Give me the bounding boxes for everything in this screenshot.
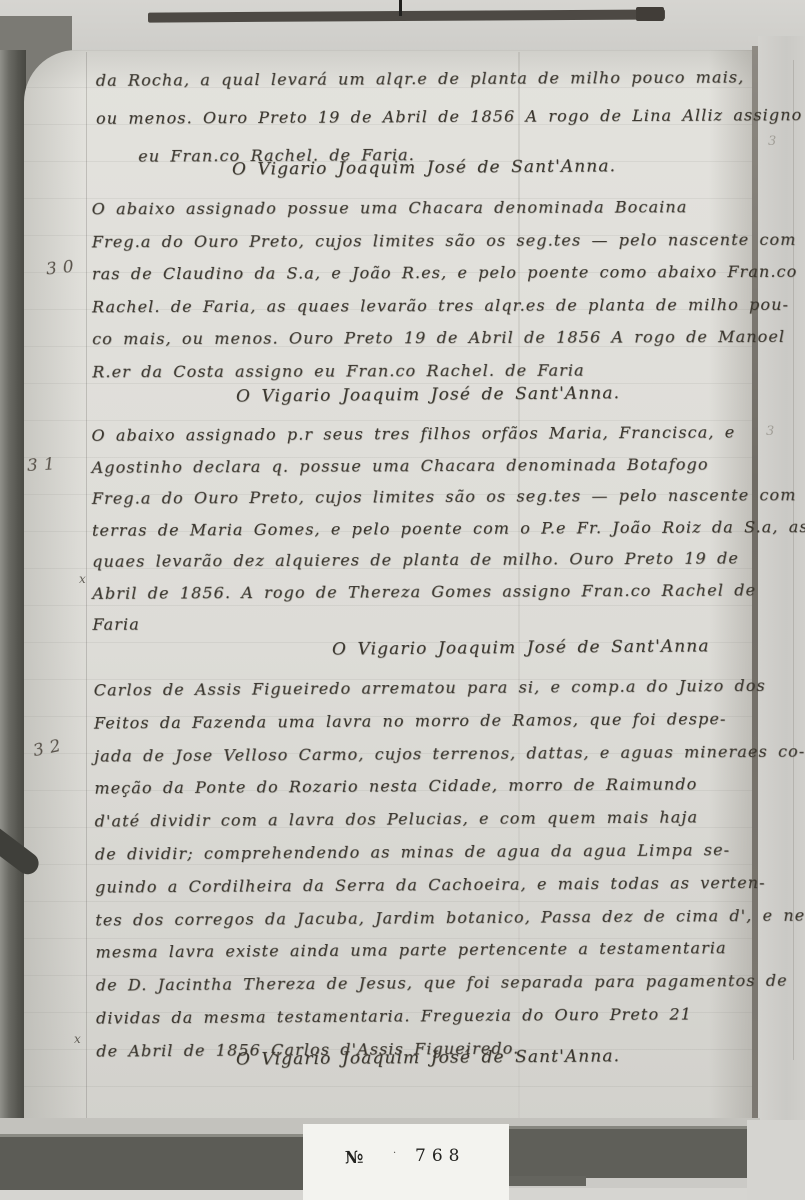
book-binding-edge (0, 50, 26, 1128)
numero-symbol: № (345, 1148, 364, 1169)
scanned-manuscript-photo: da Rocha, a qual levará um alqr.e de pla… (0, 0, 805, 1200)
manuscript-line: Abril de 1856. A rogo de Thereza Gomes a… (92, 574, 805, 609)
photo-top-margin (0, 0, 805, 52)
manuscript-line: da Rocha, a qual levará um alqr.e de pla… (96, 58, 803, 100)
manuscript-line: Agostinho declara q. possue uma Chacara … (92, 448, 805, 483)
margin-cross-mark: x (79, 572, 86, 586)
manuscript-line: de dividir; comprehendendo as minas de a… (95, 833, 805, 871)
book-top-edge-bar-end (636, 7, 664, 21)
photo-top-tick-mark (399, 0, 402, 16)
bleedthrough-number: 3 (768, 134, 776, 149)
manuscript-line: co mais, ou menos. Ouro Preto 19 de Abri… (92, 321, 805, 356)
manuscript-paragraph: O abaixo assignado possue uma Chacara de… (92, 191, 805, 389)
manuscript-line: mesma lavra existe ainda uma parte perte… (95, 932, 805, 970)
manuscript-line: Feitos da Fazenda uma lavra no morro de … (94, 702, 805, 740)
manuscript-line: O abaixo assignado p.r seus tres filhos … (91, 416, 805, 451)
left-margin-rule-line (86, 52, 87, 1130)
manuscript-paragraph: O abaixo assignado p.r seus tres filhos … (91, 416, 805, 640)
manuscript-line: Carlos de Assis Figueiredo arrematou par… (94, 669, 805, 707)
manuscript-line: tes dos corregos da Jacuba, Jardim botan… (95, 899, 805, 937)
manuscript-line: ras de Claudino da S.a, e João R.es, e p… (92, 256, 805, 291)
vicar-signature: O Vigario Joaquim José de Sant'Anna (332, 636, 710, 659)
manuscript-line: d'até dividir com a lavra dos Pelucias, … (95, 801, 805, 839)
manuscript-line: de D. Jacintha Thereza de Jesus, que foi… (96, 965, 805, 1003)
manuscript-line: R.er da Costa assigno eu Fran.co Rachel.… (92, 353, 805, 388)
numero-stamp: № · 768 (345, 1146, 505, 1174)
manuscript-line: Rachel. de Faria, as quaes levarão tres … (92, 288, 805, 323)
manuscript-line: O abaixo assignado possue uma Chacara de… (92, 191, 805, 226)
manuscript-paragraph: Carlos de Assis Figueiredo arrematou par… (94, 669, 805, 1068)
vicar-signature: O Vigario Joaquim José de Sant'Anna. (236, 383, 620, 406)
margin-entry-number: 31 (26, 454, 61, 476)
manuscript-line: Faria (92, 605, 805, 640)
bleedthrough-number: 3 (766, 424, 774, 439)
photo-bottom-right (747, 1120, 805, 1200)
manuscript-line: terras de Maria Gomes, e pelo poente com… (92, 511, 805, 546)
manuscript-line: dividas da mesma testamentaria. Freguezi… (96, 997, 805, 1035)
manuscript-line: Freg.a do Ouro Preto, cujos limites são … (92, 479, 805, 514)
vicar-signature: O Vigario Joaquim José de Sant'Anna. (232, 156, 616, 179)
book-bottom-edge-step (506, 1176, 586, 1186)
manuscript-line: ou menos. Ouro Preto 19 de Abril de 1856… (96, 96, 803, 138)
numero-dot: · (393, 1148, 396, 1159)
margin-entry-number: 30 (45, 256, 81, 279)
book-bottom-edge-left (0, 1134, 305, 1190)
manuscript-line: Freg.a do Ouro Preto, cujos limites são … (92, 223, 805, 258)
margin-cross-mark: x (74, 1032, 81, 1046)
manuscript-line: quaes levarão dez alquieres de planta de… (92, 542, 805, 577)
numero-value: 768 (415, 1146, 465, 1166)
manuscript-line: jada de Jose Velloso Carmo, cujos terren… (94, 735, 805, 773)
vicar-signature: O Vigario Joaquim José de Sant'Anna. (236, 1046, 620, 1069)
book-bottom-edge-right (506, 1126, 747, 1178)
manuscript-line: guindo a Cordilheira da Serra da Cachoei… (95, 866, 805, 904)
manuscript-line: meção da Ponte do Rozario nesta Cidade, … (94, 768, 805, 806)
